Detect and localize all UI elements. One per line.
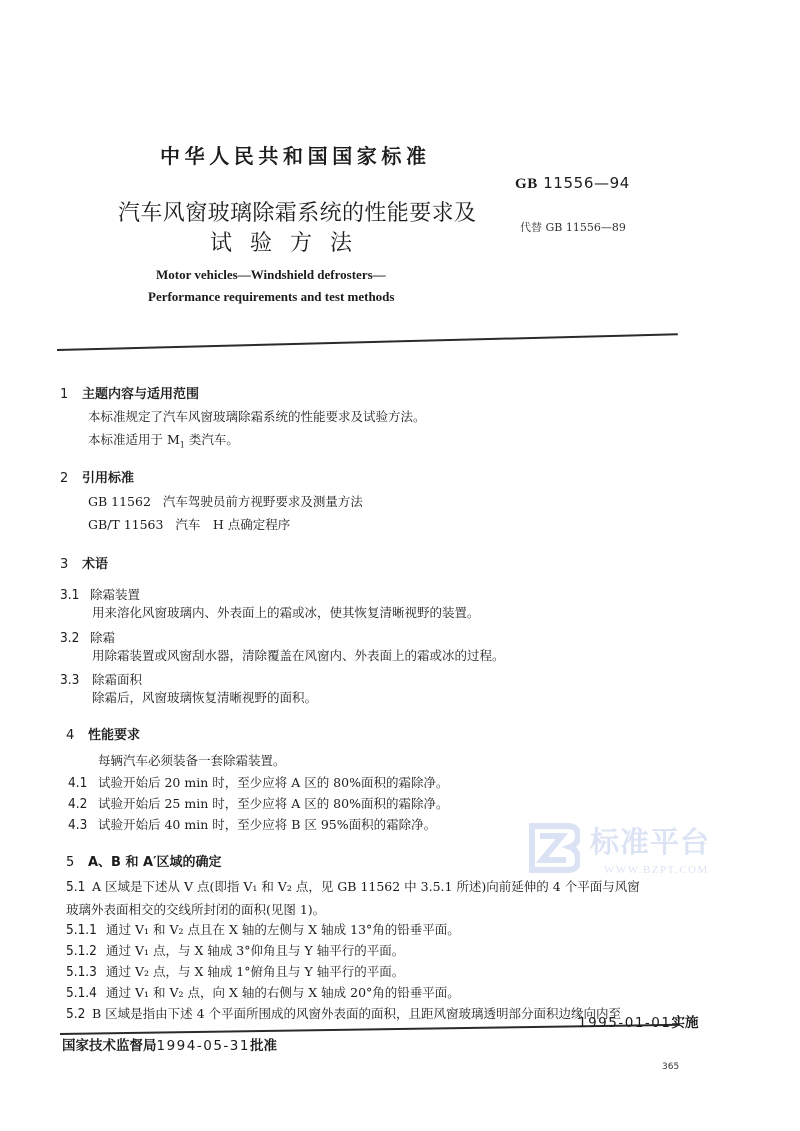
term-3-2: 3.2除霜	[60, 628, 115, 646]
effective-date: 1995-01-01实施	[578, 1011, 698, 1031]
section-3-heading: 3术语	[60, 553, 108, 572]
section-1-heading: 1主题内容与适用范围	[60, 383, 199, 402]
section-2-heading: 2引用标准	[60, 467, 134, 486]
clause-5-1-1: 5.1.1通过 V₁ 和 V₂ 点且在 X 轴的左侧与 X 轴成 13°角的铅垂…	[66, 920, 460, 938]
standard-number-value: 11556—94	[543, 174, 630, 192]
term-3-3: 3.3除霜面积	[60, 670, 142, 688]
standard-number: GB 11556—94	[515, 174, 630, 193]
watermark-logo-icon	[528, 822, 580, 874]
approval-info: 国家技术监督局1994-05-31批准	[62, 1034, 277, 1054]
section-4-intro: 每辆汽车必须装备一套除霜装置。	[98, 751, 286, 769]
clause-5-1-2: 5.1.2通过 V₁ 点，与 X 轴成 3°仰角且与 Y 轴平行的平面。	[66, 941, 404, 959]
term-3-2-definition: 用除霜装置或风窗刮水器，清除覆盖在风窗内、外表面上的霜或冰的过程。	[92, 646, 505, 664]
section-1-paragraph-2: 本标准适用于 M1 类汽车。	[88, 430, 239, 450]
term-3-1: 3.1除霜装置	[60, 585, 140, 603]
standard-prefix: GB	[515, 176, 538, 192]
section-1-paragraph-1: 本标准规定了汽车风窗玻璃除霜系统的性能要求及试验方法。	[88, 407, 426, 425]
english-title-line-2: Performance requirements and test method…	[148, 289, 394, 305]
clause-5-1-continuation: 玻璃外表面相交的交线所封闭的面积(见图 1)。	[66, 900, 325, 918]
reference-item: GB 11562 汽车驾驶员前方视野要求及测量方法	[88, 492, 363, 510]
reference-item: GB/T 11563 汽车 H 点确定程序	[88, 515, 290, 533]
header-divider	[57, 333, 678, 351]
document-title-line-2: 试验方法	[210, 226, 370, 257]
clause-5-1-3: 5.1.3通过 V₂ 点，与 X 轴成 1°俯角且与 Y 轴平行的平面。	[66, 962, 404, 980]
clause-5-1-4: 5.1.4通过 V₁ 和 V₂ 点，向 X 轴的右侧与 X 轴成 20°角的铅垂…	[66, 983, 460, 1001]
country-standard-title: 中华人民共和国国家标准	[160, 140, 431, 169]
watermark-url: WWW.BZPT.COM	[604, 864, 709, 876]
replaces-standard: 代替 GB 11556—89	[520, 219, 626, 235]
term-3-1-definition: 用来溶化风窗玻璃内、外表面上的霜或冰，使其恢复清晰视野的装置。	[92, 603, 480, 621]
section-5-heading: 5A、B 和 A′区域的确定	[66, 851, 222, 870]
page-number: 365	[662, 1062, 679, 1072]
clause-5-2: 5.2B 区域是指由下述 4 个平面所围成的风窗外表面的面积，且距风窗玻璃透明部…	[66, 1004, 621, 1022]
clause-4-2: 4.2试验开始后 25 min 时，至少应将 A 区的 80%面积的霜除净。	[68, 794, 448, 812]
clause-5-1: 5.1A 区域是下述从 V 点(即指 V₁ 和 V₂ 点，见 GB 11562 …	[66, 877, 640, 895]
section-4-heading: 4性能要求	[66, 724, 140, 743]
document-title-line-1: 汽车风窗玻璃除霜系统的性能要求及	[118, 196, 476, 227]
clause-4-1: 4.1试验开始后 20 min 时，至少应将 A 区的 80%面积的霜除净。	[68, 773, 448, 791]
watermark-text: 标准平台	[590, 820, 710, 861]
clause-4-3: 4.3试验开始后 40 min 时，至少应将 B 区 95%面积的霜除净。	[68, 815, 436, 833]
term-3-3-definition: 除霜后，风窗玻璃恢复清晰视野的面积。	[92, 688, 317, 706]
english-title-line-1: Motor vehicles—Windshield defrosters—	[156, 267, 386, 283]
